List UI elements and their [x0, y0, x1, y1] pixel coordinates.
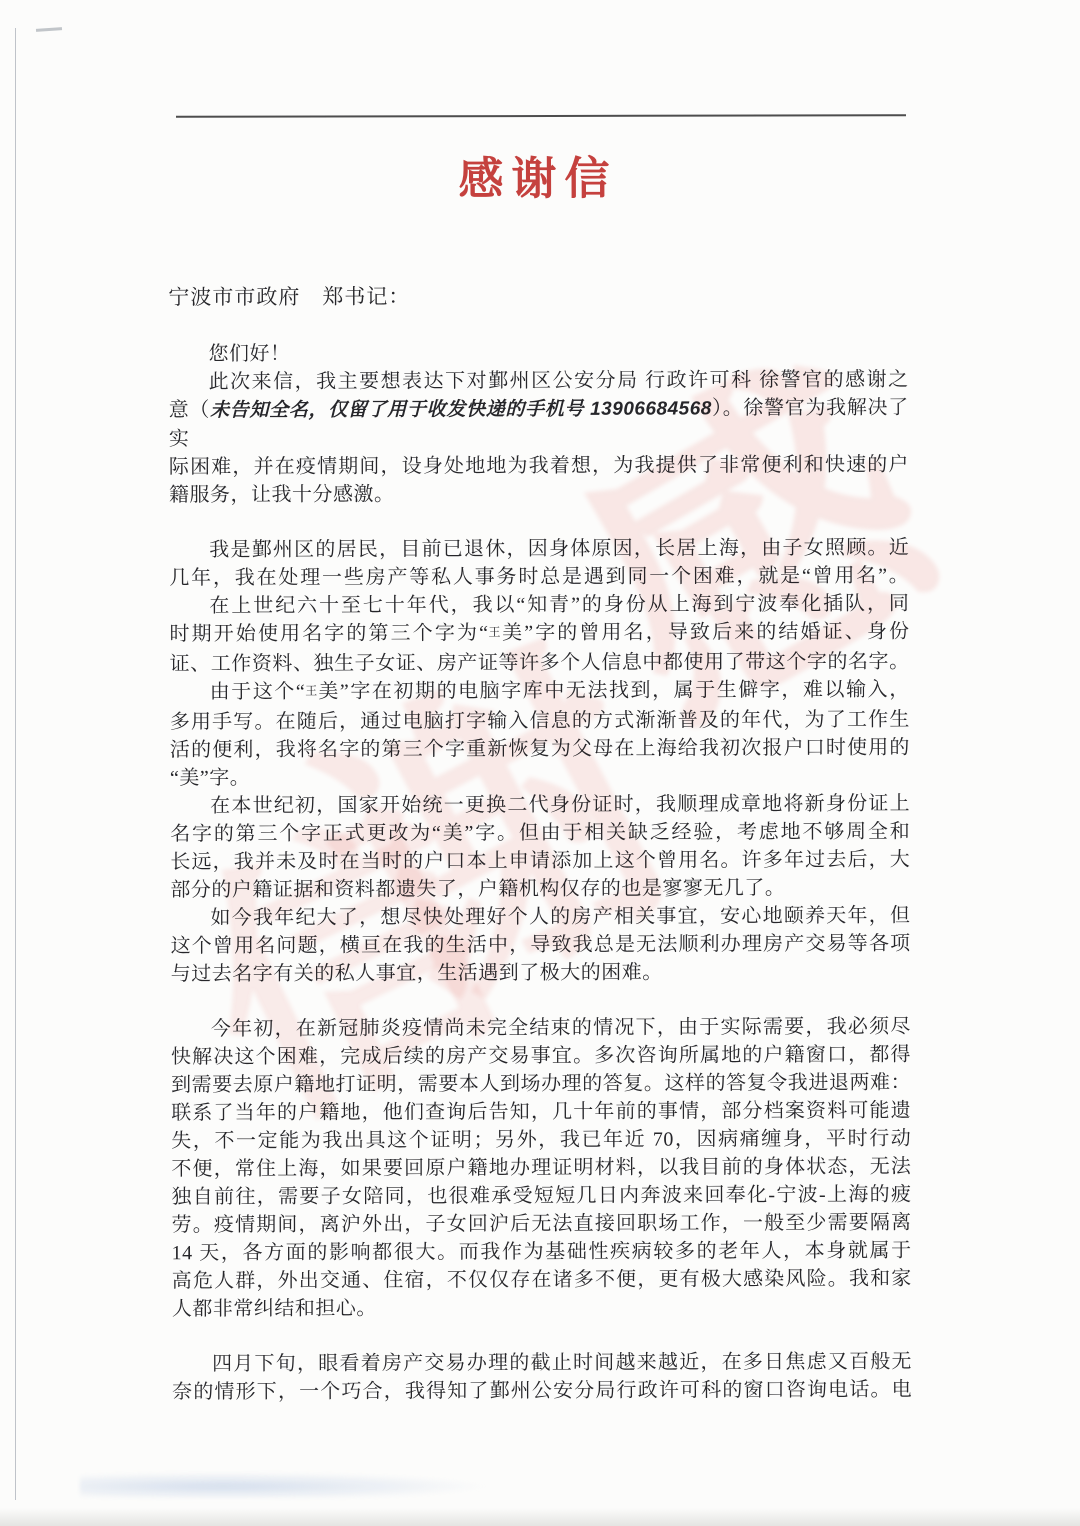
letter-line: 籍服务，让我十分感激。	[169, 479, 909, 510]
letter-line: 这个曾用名问题，横亘在我的生活中，导致我总是无法顺利办理房产交易等各项	[171, 930, 911, 961]
text-segment: 今年初，在新冠肺炎疫情尚未完全结束的情况下，由于实际需要，我必须尽	[211, 1016, 911, 1040]
rare-character-radical: 王	[488, 618, 500, 646]
letter-line: 我是鄞州区的居民，目前已退休，因身体原因，长居上海，由子女照顾。近	[169, 534, 909, 565]
text-segment: 几年，我在处理一些房产等私人事务时总是遇到同一个困难，就是“曾用名”。	[169, 565, 909, 590]
text-segment: 美”字的曾用名，导致后来的结婚证、身份	[500, 621, 909, 644]
letter-line: 联系了当年的户籍地，他们查询后告知，几十年前的事情，部分档案资料可能遗	[171, 1097, 911, 1128]
text-segment: 失，不一定能为我出具这个证明；另外，我已年近 70，因病痛缠身，平时行动	[171, 1128, 911, 1153]
text-segment: 14 天，各方面的影响都很大。而我作为基础性疾病较多的老年人，本身就属于	[172, 1240, 912, 1265]
text-segment: 名字的第三个字正式更改为“美”字。但由于相关缺乏经验，考虑地不够周全和	[170, 821, 910, 846]
text-segment: 我是鄞州区的居民，目前已退休，因身体原因，长居上海，由子女照顾。近	[209, 537, 909, 561]
text-segment: 您们好！	[208, 343, 290, 365]
paragraph: 您们好！此次来信，我主要想表达下对鄞州区公安分局 行政许可科 徐警官的感谢之意（…	[168, 338, 909, 510]
text-segment: 籍服务，让我十分感激。	[169, 484, 395, 507]
rare-character-radical: 王	[305, 677, 317, 705]
text-segment: 际困难，并在疫情期间，设身处地地为我着想，为我提供了非常便利和快速的户	[169, 454, 909, 479]
paragraph: 四月下旬，眼看着房产交易办理的截止时间越来越近，在多日焦虑又百般无奈的情形下，一…	[172, 1348, 912, 1407]
text-segment: 快解决这个困难，完成后续的房产交易事宜。多次咨询所属地的户籍窗口，都得	[171, 1044, 911, 1069]
text-segment: 联系了当年的户籍地，他们查询后告知，几十年前的事情，部分档案资料可能遗	[171, 1100, 911, 1125]
letter-content: 感谢信 宁波市市政府 郑书记： 您们好！此次来信，我主要想表达下对鄞州区公安分局…	[168, 149, 912, 1407]
letter-line: 不便，常住上海，如果要回原户籍地办理证明材料，以我目前的身体状态，无法	[171, 1153, 911, 1184]
text-segment: 时期开始使用名字的第三个字为“	[169, 622, 488, 645]
scanned-letter-page: 感谢信 宁波市市政府 郑书记： 您们好！此次来信，我主要想表达下对鄞州区公安分局…	[0, 0, 1080, 1526]
letter-line: 快解决这个困难，完成后续的房产交易事宜。多次咨询所属地的户籍窗口，都得	[171, 1041, 911, 1072]
text-segment: 证、工作资料、独生子女证、房产证等许多个人信息中都使用了带这个字的名字。	[170, 651, 910, 676]
letter-line: 14 天，各方面的影响都很大。而我作为基础性疾病较多的老年人，本身就属于	[172, 1237, 912, 1268]
letter-line: 长远，我并未及时在当时的户口本上申请添加上这个曾用名。许多年过去后，大	[170, 846, 910, 877]
text-segment: 意（	[169, 399, 210, 421]
letter-line: 证、工作资料、独生子女证、房产证等许多个人信息中都使用了带这个字的名字。	[170, 648, 910, 679]
scan-bottom-edge	[0, 1508, 1080, 1526]
letter-line: 意（未告知全名，仅留了用于收发快递的手机号 13906684568）。徐警官为我…	[169, 394, 909, 454]
letter-line: 在本世纪初，国家开始统一更换二代身份证时，我顺理成章地将新身份证上	[170, 790, 910, 821]
text-segment: 与过去名字有关的私人事宜，生活遇到了极大的困难。	[171, 962, 663, 986]
text-segment: “美”字。	[170, 767, 250, 789]
text-segment: 人都非常纠结和担心。	[172, 1298, 377, 1321]
text-segment: 四月下旬，眼看着房产交易办理的截止时间越来越近，在多日焦虑又百般无	[212, 1351, 912, 1375]
text-segment: 如今我年纪大了，想尽快处理好个人的房产相关事宜，安心地颐养天年，但	[210, 905, 910, 929]
text-segment: 由于这个“	[210, 681, 306, 703]
letter-line: 部分的户籍证据和资料都遗失了，户籍机构仅存的也是寥寥无几了。	[170, 874, 910, 905]
text-segment: 在上世纪六十至七十年代，我以“知青”的身份从上海到宁波奉化插队，同	[209, 593, 909, 617]
text-segment: 在本世纪初，国家开始统一更换二代身份证时，我顺理成章地将新身份证上	[210, 793, 910, 817]
text-segment: 不便，常住上海，如果要回原户籍地办理证明材料，以我目前的身体状态，无法	[171, 1156, 911, 1181]
letter-line: 四月下旬，眼看着房产交易办理的截止时间越来越近，在多日焦虑又百般无	[172, 1348, 912, 1379]
letter-line: 由于这个“王美”字在初期的电脑字库中无法找到，属于生僻字，难以输入，	[170, 676, 910, 709]
letter-line: 今年初，在新冠肺炎疫情尚未完全结束的情况下，由于实际需要，我必须尽	[171, 1013, 911, 1044]
letter-line: 几年，我在处理一些房产等私人事务时总是遇到同一个困难，就是“曾用名”。	[169, 562, 909, 593]
text-segment: 独自前往，需要子女陪同，也很难承受短短几日内奔波来回奉化-宁波-上海的疲	[171, 1184, 911, 1209]
text-segment: 这个曾用名问题，横亘在我的生活中，导致我总是无法顺利办理房产交易等各项	[171, 933, 911, 958]
text-segment: 多用手写。在随后，通过电脑打字输入信息的方式渐渐普及的年代，为了工作生	[170, 709, 910, 734]
letter-line: 人都非常纠结和担心。	[172, 1293, 912, 1324]
letter-line: 失，不一定能为我出具这个证明；另外，我已年近 70，因病痛缠身，平时行动	[171, 1125, 911, 1156]
text-segment: 奈的情形下，一个巧合，我得知了鄞州公安分局行政许可科的窗口咨询电话。电	[172, 1379, 912, 1404]
letter-line: 奈的情形下，一个巧合，我得知了鄞州公安分局行政许可科的窗口咨询电话。电	[172, 1376, 912, 1407]
scan-edge-left-line	[15, 28, 16, 1500]
letter-line: 您们好！	[168, 338, 908, 369]
letter-line: 高危人群，外出交通、住宿，不仅仅存在诸多不便，更有极大感染风险。我和家	[172, 1265, 912, 1296]
letter-line: 多用手写。在随后，通过电脑打字输入信息的方式渐渐普及的年代，为了工作生	[170, 706, 910, 737]
letter-line: 际困难，并在疫情期间，设身处地地为我着想，为我提供了非常便利和快速的户	[169, 451, 909, 482]
text-segment: 劳。疫情期间，离沪外出，子女回沪后无法直接回职场工作，一般至少需要隔离	[172, 1212, 912, 1237]
salutation: 宁波市市政府 郑书记：	[168, 281, 908, 312]
letter-line: “美”字。	[170, 762, 910, 793]
letter-line: 此次来信，我主要想表达下对鄞州区公安分局 行政许可科 徐警官的感谢之	[169, 366, 909, 397]
text-segment: 活的便利，我将名字的第三个字重新恢复为父母在上海给我初次报户口时使用的	[170, 737, 910, 762]
scan-edge-top-line	[176, 114, 906, 118]
letter-line: 与过去名字有关的私人事宜，生活遇到了极大的困难。	[171, 958, 911, 989]
text-segment: 美”字在初期的电脑字库中无法找到，属于生僻字，难以输入，	[317, 679, 909, 703]
letter-line: 到需要去原户籍地打证明，需要本人到场办理的答复。这样的答复令我进退两难：	[171, 1069, 911, 1100]
letter-title: 感谢信	[168, 149, 908, 210]
letter-line: 活的便利，我将名字的第三个字重新恢复为父母在上海给我初次报户口时使用的	[170, 734, 910, 765]
paragraph: 今年初，在新冠肺炎疫情尚未完全结束的情况下，由于实际需要，我必须尽快解决这个困难…	[171, 1013, 912, 1324]
letter-line: 在上世纪六十至七十年代，我以“知青”的身份从上海到宁波奉化插队，同	[169, 590, 909, 621]
text-segment: 到需要去原户籍地打证明，需要本人到场办理的答复。这样的答复令我进退两难：	[171, 1072, 911, 1097]
letter-line: 时期开始使用名字的第三个字为“王美”字的曾用名，导致后来的结婚证、身份	[169, 618, 909, 651]
emphasized-phone-note: 未告知全名，仅留了用于收发快递的手机号 13906684568	[210, 398, 712, 421]
letter-line: 劳。疫情期间，离沪外出，子女回沪后无法直接回职场工作，一般至少需要隔离	[172, 1209, 912, 1240]
scan-smudge-bottom-left	[80, 1472, 490, 1498]
text-segment: 长远，我并未及时在当时的户口本上申请添加上这个曾用名。许多年过去后，大	[170, 849, 910, 874]
letter-line: 独自前往，需要子女陪同，也很难承受短短几日内奔波来回奉化-宁波-上海的疲	[171, 1181, 911, 1212]
text-segment: 高危人群，外出交通、住宿，不仅仅存在诸多不便，更有极大感染风险。我和家	[172, 1268, 912, 1293]
text-segment: 部分的户籍证据和资料都遗失了，户籍机构仅存的也是寥寥无几了。	[170, 877, 785, 901]
letter-line: 名字的第三个字正式更改为“美”字。但由于相关缺乏经验，考虑地不够周全和	[170, 818, 910, 849]
scan-corner-mark	[36, 27, 62, 32]
letter-body: 您们好！此次来信，我主要想表达下对鄞州区公安分局 行政许可科 徐警官的感谢之意（…	[168, 338, 912, 1407]
letter-line: 如今我年纪大了，想尽快处理好个人的房产相关事宜，安心地颐养天年，但	[170, 902, 910, 933]
paragraph: 我是鄞州区的居民，目前已退休，因身体原因，长居上海，由子女照顾。近几年，我在处理…	[169, 534, 911, 989]
text-segment: 此次来信，我主要想表达下对鄞州区公安分局 行政许可科 徐警官的感谢之	[209, 369, 909, 393]
